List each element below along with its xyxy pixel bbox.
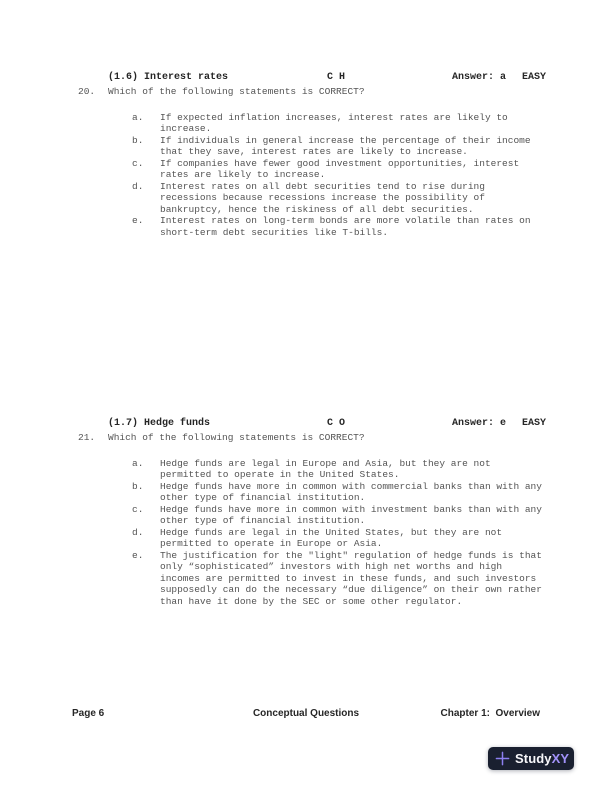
plus-icon bbox=[495, 751, 510, 766]
question-block-21: (1.7) Hedge funds C O Answer: e EASY 21.… bbox=[0, 418, 612, 607]
option-row-e: e. The justification for the "light" reg… bbox=[132, 550, 562, 608]
option-text: Hedge funds are legal in Europe and Asia… bbox=[160, 458, 491, 481]
option-row-d: d. Interest rates on all debt securities… bbox=[132, 181, 562, 216]
option-letter: e. bbox=[132, 550, 160, 608]
option-text: If individuals in general increase the p… bbox=[160, 135, 531, 158]
brand-accent: XY bbox=[552, 751, 570, 766]
question-header: (1.7) Hedge funds C O Answer: e EASY bbox=[0, 418, 612, 430]
question-answer: Answer: a bbox=[452, 72, 506, 84]
option-row-c: c. Hedge funds have more in common with … bbox=[132, 504, 562, 527]
option-letter: e. bbox=[132, 215, 160, 238]
option-letter: d. bbox=[132, 181, 160, 216]
question-stem: Which of the following statements is COR… bbox=[108, 86, 365, 98]
option-text: Hedge funds have more in common with com… bbox=[160, 481, 542, 504]
option-text: If companies have fewer good investment … bbox=[160, 158, 519, 181]
option-letter: d. bbox=[132, 527, 160, 550]
question-topic: (1.7) Hedge funds bbox=[108, 418, 210, 430]
question-answer: Answer: e bbox=[452, 418, 506, 430]
option-row-e: e. Interest rates on long-term bonds are… bbox=[132, 215, 562, 238]
option-text: Interest rates on all debt securities te… bbox=[160, 181, 485, 216]
option-letter: b. bbox=[132, 481, 160, 504]
question-stem-row: 21. Which of the following statements is… bbox=[0, 432, 612, 444]
question-stem: Which of the following statements is COR… bbox=[108, 432, 365, 444]
option-row-b: b. If individuals in general increase th… bbox=[132, 135, 562, 158]
question-code: C H bbox=[327, 72, 345, 84]
option-row-d: d. Hedge funds are legal in the United S… bbox=[132, 527, 562, 550]
question-code: C O bbox=[327, 418, 345, 430]
option-letter: b. bbox=[132, 135, 160, 158]
brand-primary: Study bbox=[515, 751, 552, 766]
question-number: 21. bbox=[78, 432, 95, 444]
document-page: (1.6) Interest rates C H Answer: a EASY … bbox=[0, 0, 612, 792]
option-text: If expected inflation increases, interes… bbox=[160, 112, 508, 135]
option-letter: c. bbox=[132, 158, 160, 181]
question-number: 20. bbox=[78, 86, 95, 98]
question-difficulty: EASY bbox=[522, 418, 546, 430]
option-row-c: c. If companies have fewer good investme… bbox=[132, 158, 562, 181]
question-stem-row: 20. Which of the following statements is… bbox=[0, 86, 612, 98]
option-text: Hedge funds have more in common with inv… bbox=[160, 504, 542, 527]
options-list: a. Hedge funds are legal in Europe and A… bbox=[132, 458, 562, 608]
option-row-a: a. Hedge funds are legal in Europe and A… bbox=[132, 458, 562, 481]
option-letter: a. bbox=[132, 458, 160, 481]
question-header: (1.6) Interest rates C H Answer: a EASY bbox=[0, 72, 612, 84]
option-row-a: a. If expected inflation increases, inte… bbox=[132, 112, 562, 135]
option-letter: c. bbox=[132, 504, 160, 527]
brand-wordmark: StudyXY bbox=[515, 751, 569, 766]
option-text: Interest rates on long-term bonds are mo… bbox=[160, 215, 531, 238]
question-block-20: (1.6) Interest rates C H Answer: a EASY … bbox=[0, 72, 612, 238]
page-footer: Page 6 Conceptual Questions Chapter 1: O… bbox=[0, 708, 612, 720]
studyxy-logo-badge: StudyXY bbox=[488, 747, 574, 770]
footer-chapter-title: Chapter 1: Overview bbox=[441, 708, 540, 720]
option-row-b: b. Hedge funds have more in common with … bbox=[132, 481, 562, 504]
option-text: The justification for the "light" regula… bbox=[160, 550, 542, 608]
options-list: a. If expected inflation increases, inte… bbox=[132, 112, 562, 239]
question-topic: (1.6) Interest rates bbox=[108, 72, 228, 84]
option-letter: a. bbox=[132, 112, 160, 135]
option-text: Hedge funds are legal in the United Stat… bbox=[160, 527, 502, 550]
question-difficulty: EASY bbox=[522, 72, 546, 84]
